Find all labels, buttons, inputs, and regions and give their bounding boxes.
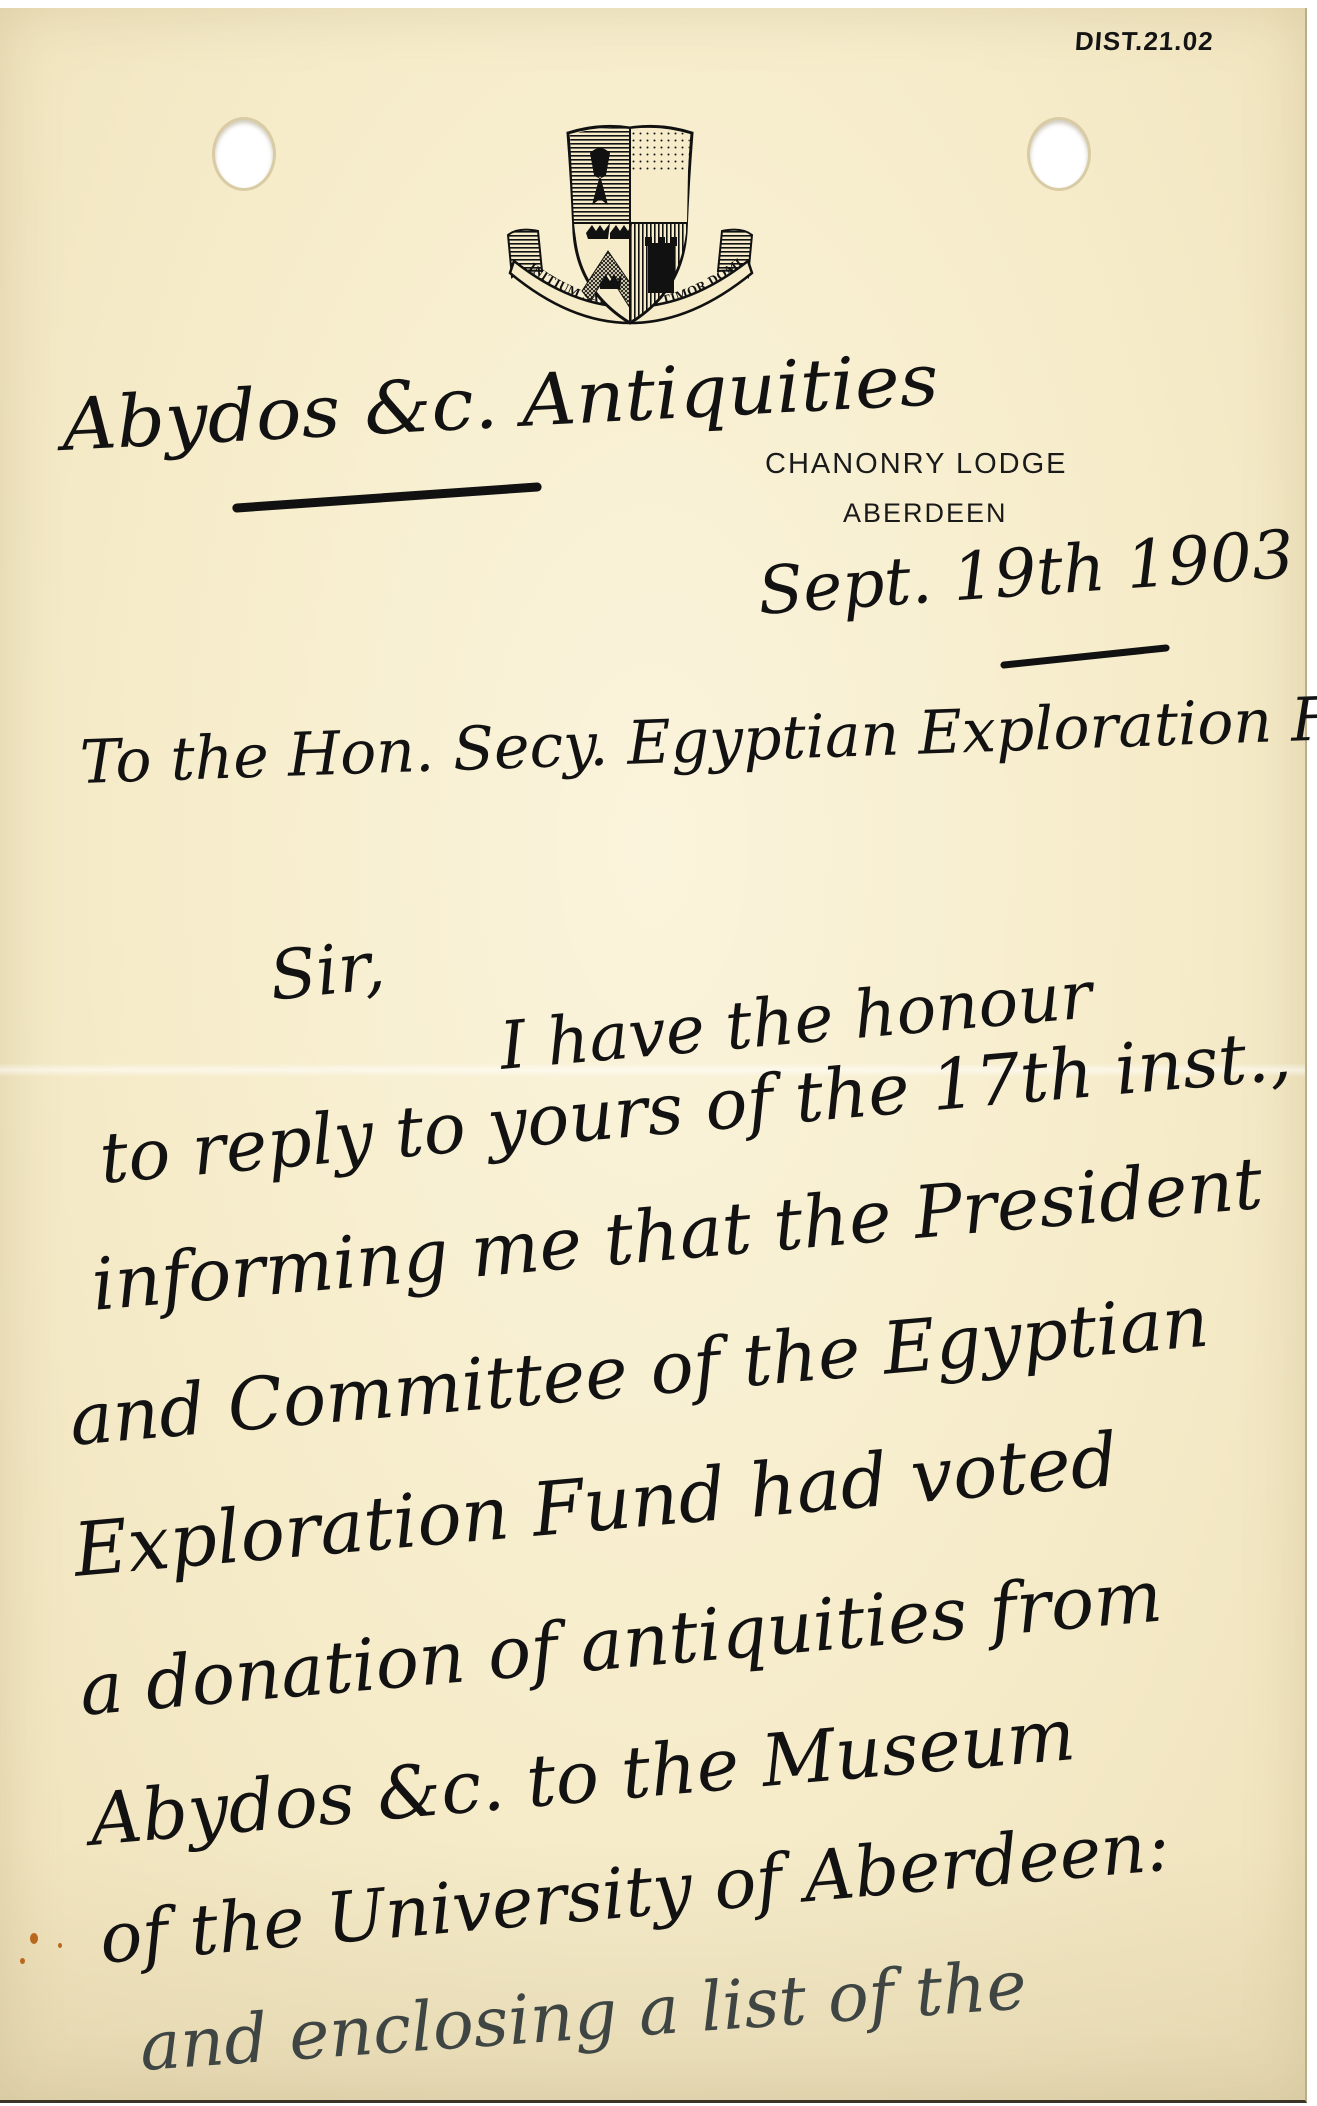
date-underline bbox=[1000, 644, 1170, 669]
punch-hole-right bbox=[1030, 120, 1088, 188]
letter-page: DIST.21.02 INITIUM SAPIENTIÆ TIMOR DOMIN… bbox=[0, 8, 1307, 2103]
letter-date: Sept. 19th 1903 bbox=[755, 516, 1296, 630]
rust-spot bbox=[30, 1933, 38, 1944]
punch-hole-left bbox=[215, 120, 273, 188]
catalog-mark: DIST.21.02 bbox=[1074, 26, 1215, 57]
letterhead-address-line-1: CHANONRY LODGE bbox=[765, 448, 1068, 481]
letterhead-address-line-2: ABERDEEN bbox=[843, 498, 1008, 529]
rust-spot bbox=[20, 1958, 25, 1964]
addressee-line: To the Hon. Secy. Egyptian Exploration F… bbox=[79, 680, 1317, 798]
university-crest-icon: INITIUM SAPIENTIÆ TIMOR DOMINI bbox=[490, 123, 770, 343]
salutation: Sir, bbox=[266, 926, 389, 1017]
subject-underline bbox=[232, 482, 542, 513]
rust-spot bbox=[58, 1943, 62, 1948]
